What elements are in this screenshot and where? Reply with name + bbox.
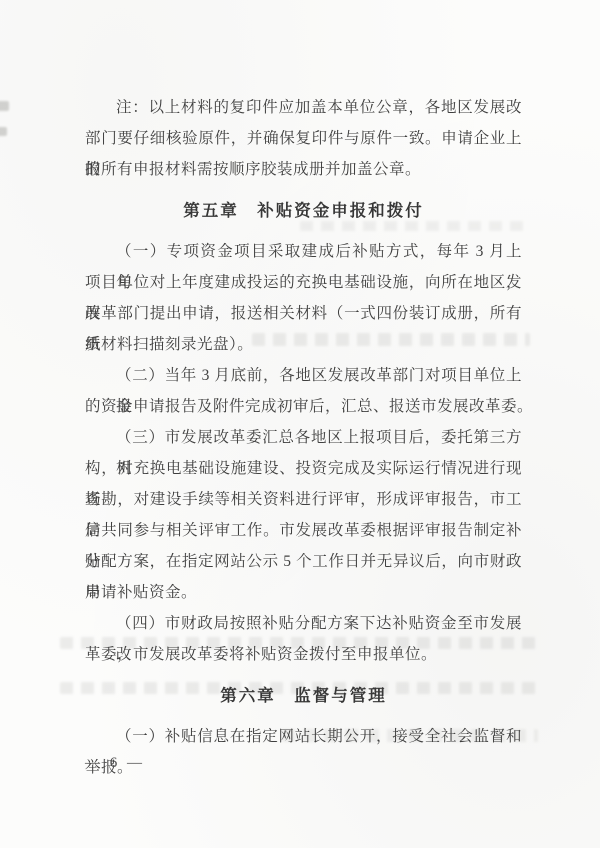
scan-smudge — [0, 101, 9, 111]
text-line: （一）专项资金项目采取建成后补贴方式，每年 3 月上旬， — [85, 236, 522, 267]
text-line: 改革部门提出申请，报送相关材料（一式四份装订成册，所有纸 — [85, 298, 522, 329]
text-line: 分配方案，在指定网站公示 5 个工作日并无异议后，向市财政局 — [85, 546, 522, 577]
text-line: 举报。 — [85, 752, 522, 783]
text-line: 查勘，对建设手续等相关资料进行评审，形成评审报告，市工信 — [85, 484, 522, 515]
text-line: 申请补贴资金。 — [85, 577, 522, 608]
text-line: 项目单位对上年度建成投运的充换电基础设施，向所在地区发展 — [85, 267, 522, 298]
text-line: 的资金申请报告及附件完成初审后，汇总、报送市发展改革委。 — [85, 391, 522, 422]
page-number: — 6 — — [85, 748, 145, 778]
chapter-heading: 第五章 补贴资金申报和拨付 — [85, 195, 522, 226]
text-line: 局共同参与相关评审工作。市发展改革委根据评审报告制定补贴 — [85, 515, 522, 546]
text-line: 的所有申报材料需按顺序胶装成册并加盖公章。 — [85, 154, 522, 185]
text-line: 构，对充换电基础设施建设、投资完成及实际运行情况进行现场 — [85, 453, 522, 484]
text-line: （二）当年 3 月底前，各地区发展改革部门对项目单位上报 — [85, 360, 522, 391]
text-line: （一）补贴信息在指定网站长期公开，接受全社会监督和 — [85, 721, 522, 752]
text-line: 部门要仔细核验原件，并确保复印件与原件一致。申请企业上报 — [85, 123, 522, 154]
text-line: 注：以上材料的复印件应加盖本单位公章，各地区发展改 — [85, 92, 522, 123]
text-line: （四）市财政局按照补贴分配方案下达补贴资金至市发展改 — [85, 608, 522, 639]
text-line: 革委，市发展改革委将补贴资金拨付至申报单位。 — [85, 639, 522, 670]
scanned-document-page: 注：以上材料的复印件应加盖本单位公章，各地区发展改部门要仔细核验原件，并确保复印… — [0, 0, 600, 848]
document-body: 注：以上材料的复印件应加盖本单位公章，各地区发展改部门要仔细核验原件，并确保复印… — [85, 92, 522, 783]
chapter-heading: 第六章 监督与管理 — [85, 680, 522, 711]
scan-smudge — [0, 127, 7, 136]
text-line: 质材料扫描刻录光盘）。 — [85, 329, 522, 360]
text-line: （三）市发展改革委汇总各地区上报项目后，委托第三方机 — [85, 422, 522, 453]
